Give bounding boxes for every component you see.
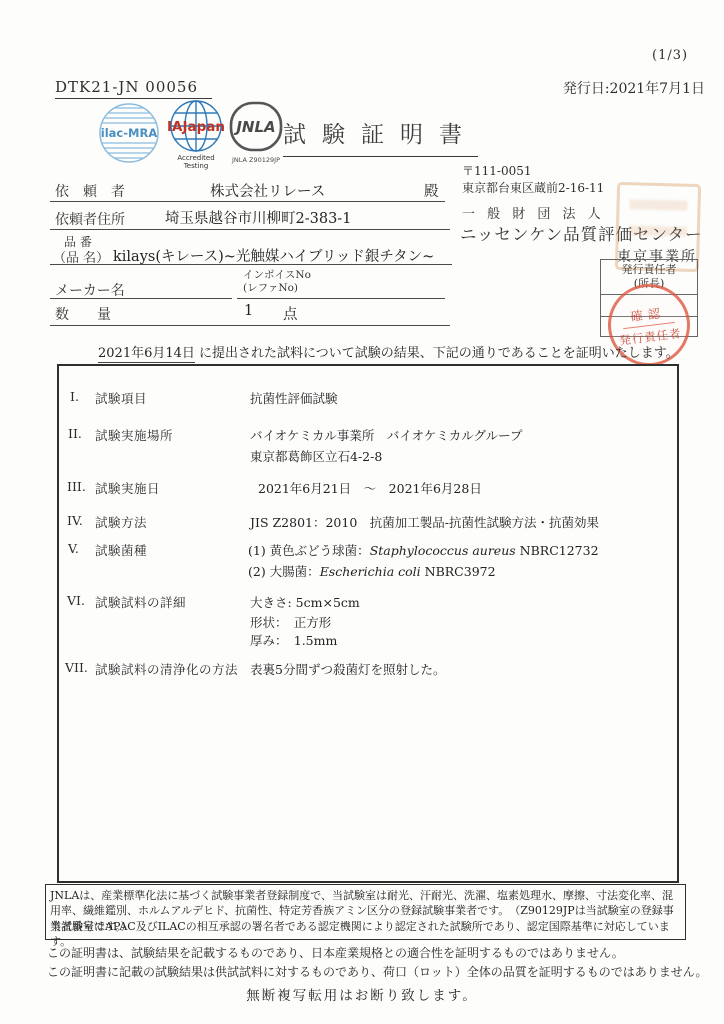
statement-text: に提出された試料について試験の結果、下記の通りであることを証明いたします。 [195, 346, 679, 361]
faint-stamp-mark [629, 225, 687, 237]
quantity-underline [50, 325, 450, 326]
bacteria-2-species: Escherichia coli [320, 564, 421, 579]
disclaimer-1: この証明書は、試験結果を記載するものであり、日本産業規格との適合性を証明するもの… [47, 944, 624, 961]
page-number: (1/3) [652, 48, 688, 63]
test-iv-label: 試験方法 [95, 513, 147, 531]
iajapan-logo-text: IAJapan [167, 119, 225, 135]
test-vii-label: 試験試料の清浄化の方法 [95, 660, 238, 678]
no-copy-notice: 無断複写転用はお断り致します。 [0, 984, 724, 1004]
quantity-unit: 点 [283, 303, 298, 324]
client-address-label: 依頼者住所 [55, 209, 125, 229]
test-vii-num: VII. [65, 660, 88, 675]
jnla-logo: JNLA JNLA Z90129JP [224, 96, 288, 170]
responsible-label: 発行責任者 [601, 263, 697, 277]
certificate-page: (1/3) DTK21-JN 00056 発行日:2021年7月1日 ilac-… [0, 0, 724, 1024]
test-ii-num: II. [68, 426, 82, 441]
bacteria-2-code: NBRC3972 [425, 564, 496, 579]
test-vi-value-3: 厚み： 1.5mm [250, 631, 337, 649]
test-v-num: V. [68, 541, 79, 556]
test-v-label: 試験菌種 [95, 541, 147, 559]
issuer-postal: 〒111-0051 [462, 162, 532, 179]
test-i-label: 試験項目 [95, 389, 147, 407]
client-underline [50, 201, 445, 202]
iajapan-caption-1: Accredited [177, 154, 214, 162]
jnla-caption: JNLA Z90129JP [231, 156, 280, 164]
quantity-value: 1 [244, 303, 253, 319]
maker-label: メーカー名 [55, 280, 125, 300]
bacteria-1-name: (1) 黄色ぶどう球菌： [248, 543, 370, 558]
test-iii-value: 2021年6月21日 ～ 2021年6月28日 [258, 479, 482, 497]
test-iv-value: JIS Z2801：2010 抗菌加工製品-抗菌性試験方法・抗菌効果 [250, 513, 599, 531]
issuer-address: 東京都台東区蔵前2-16-11 [462, 179, 604, 196]
bacteria-2-name: (2) 大腸菌： [248, 564, 320, 579]
bacteria-1-species: Staphylococcus aureus [370, 543, 516, 558]
test-ii-value-2: 東京都葛飾区立石4-2-8 [250, 447, 382, 465]
test-v-value-1: (1) 黄色ぶどう球菌：Staphylococcus aureus NBRC12… [248, 541, 599, 559]
quantity-label: 数 量 [55, 304, 111, 324]
client-value: 株式会社リレース [210, 180, 325, 201]
client-suffix: 殿 [424, 180, 439, 201]
test-ii-value-1: バイオケミカル事業所 バイオケミカルグループ [250, 426, 523, 444]
test-vi-value-2: 形状： 正方形 [250, 613, 331, 631]
test-iii-num: III. [67, 479, 86, 494]
test-iv-num: IV. [67, 513, 83, 528]
maker-underline [50, 298, 232, 299]
test-vi-value-1: 大きさ: 5cm×5cm [250, 593, 360, 611]
test-vi-num: VI. [67, 593, 85, 608]
client-label: 依 頼 者 [55, 181, 125, 201]
test-i-num: I. [70, 389, 79, 404]
certificate-title: 試験証明書 [283, 116, 478, 157]
product-value: kilays(キレース)~光触媒ハイブリッド銀チタン~ [113, 245, 434, 266]
address-underline [50, 229, 450, 230]
product-underline [50, 264, 452, 265]
submission-date: 2021年6月14日 [98, 346, 195, 363]
test-iii-label: 試験実施日 [95, 479, 160, 497]
invoice-label-2: (レファNo) [243, 280, 298, 295]
test-ii-label: 試験実施場所 [95, 426, 173, 444]
disclaimer-2: この証明書に記載の試験結果は供試試料に対するものであり、荷口（ロット）全体の品質… [47, 963, 708, 980]
faint-stamp-mark [629, 199, 687, 211]
iajapan-logo: IAJapan Accredited Testing [160, 96, 232, 170]
issuer-org-type: 一 般 財 団 法 人 [462, 203, 605, 222]
test-vi-label: 試験試料の詳細 [95, 593, 186, 611]
client-address-value: 埼玉県越谷市川柳町2-383-1 [165, 207, 351, 228]
certification-statement: 2021年6月14日 に提出された試料について試験の結果、下記の通りであることを… [98, 342, 679, 361]
test-vii-value: 表裏5分間ずつ殺菌灯を照射した。 [250, 660, 445, 678]
iajapan-caption-2: Testing [183, 162, 209, 170]
test-v-value-2: (2) 大腸菌：Escherichia coli NBRC3972 [248, 562, 496, 580]
bacteria-1-code: NBRC12732 [520, 543, 599, 558]
test-i-value: 抗菌性評価試験 [250, 389, 338, 407]
jnla-logo-text: JNLA [233, 118, 275, 136]
issue-date: 発行日:2021年7月1日 [460, 78, 705, 98]
ilac-logo-text: ilac-MRA [101, 126, 158, 140]
invoice-underline [237, 298, 445, 299]
ilac-mra-logo: ilac-MRA [97, 100, 161, 166]
